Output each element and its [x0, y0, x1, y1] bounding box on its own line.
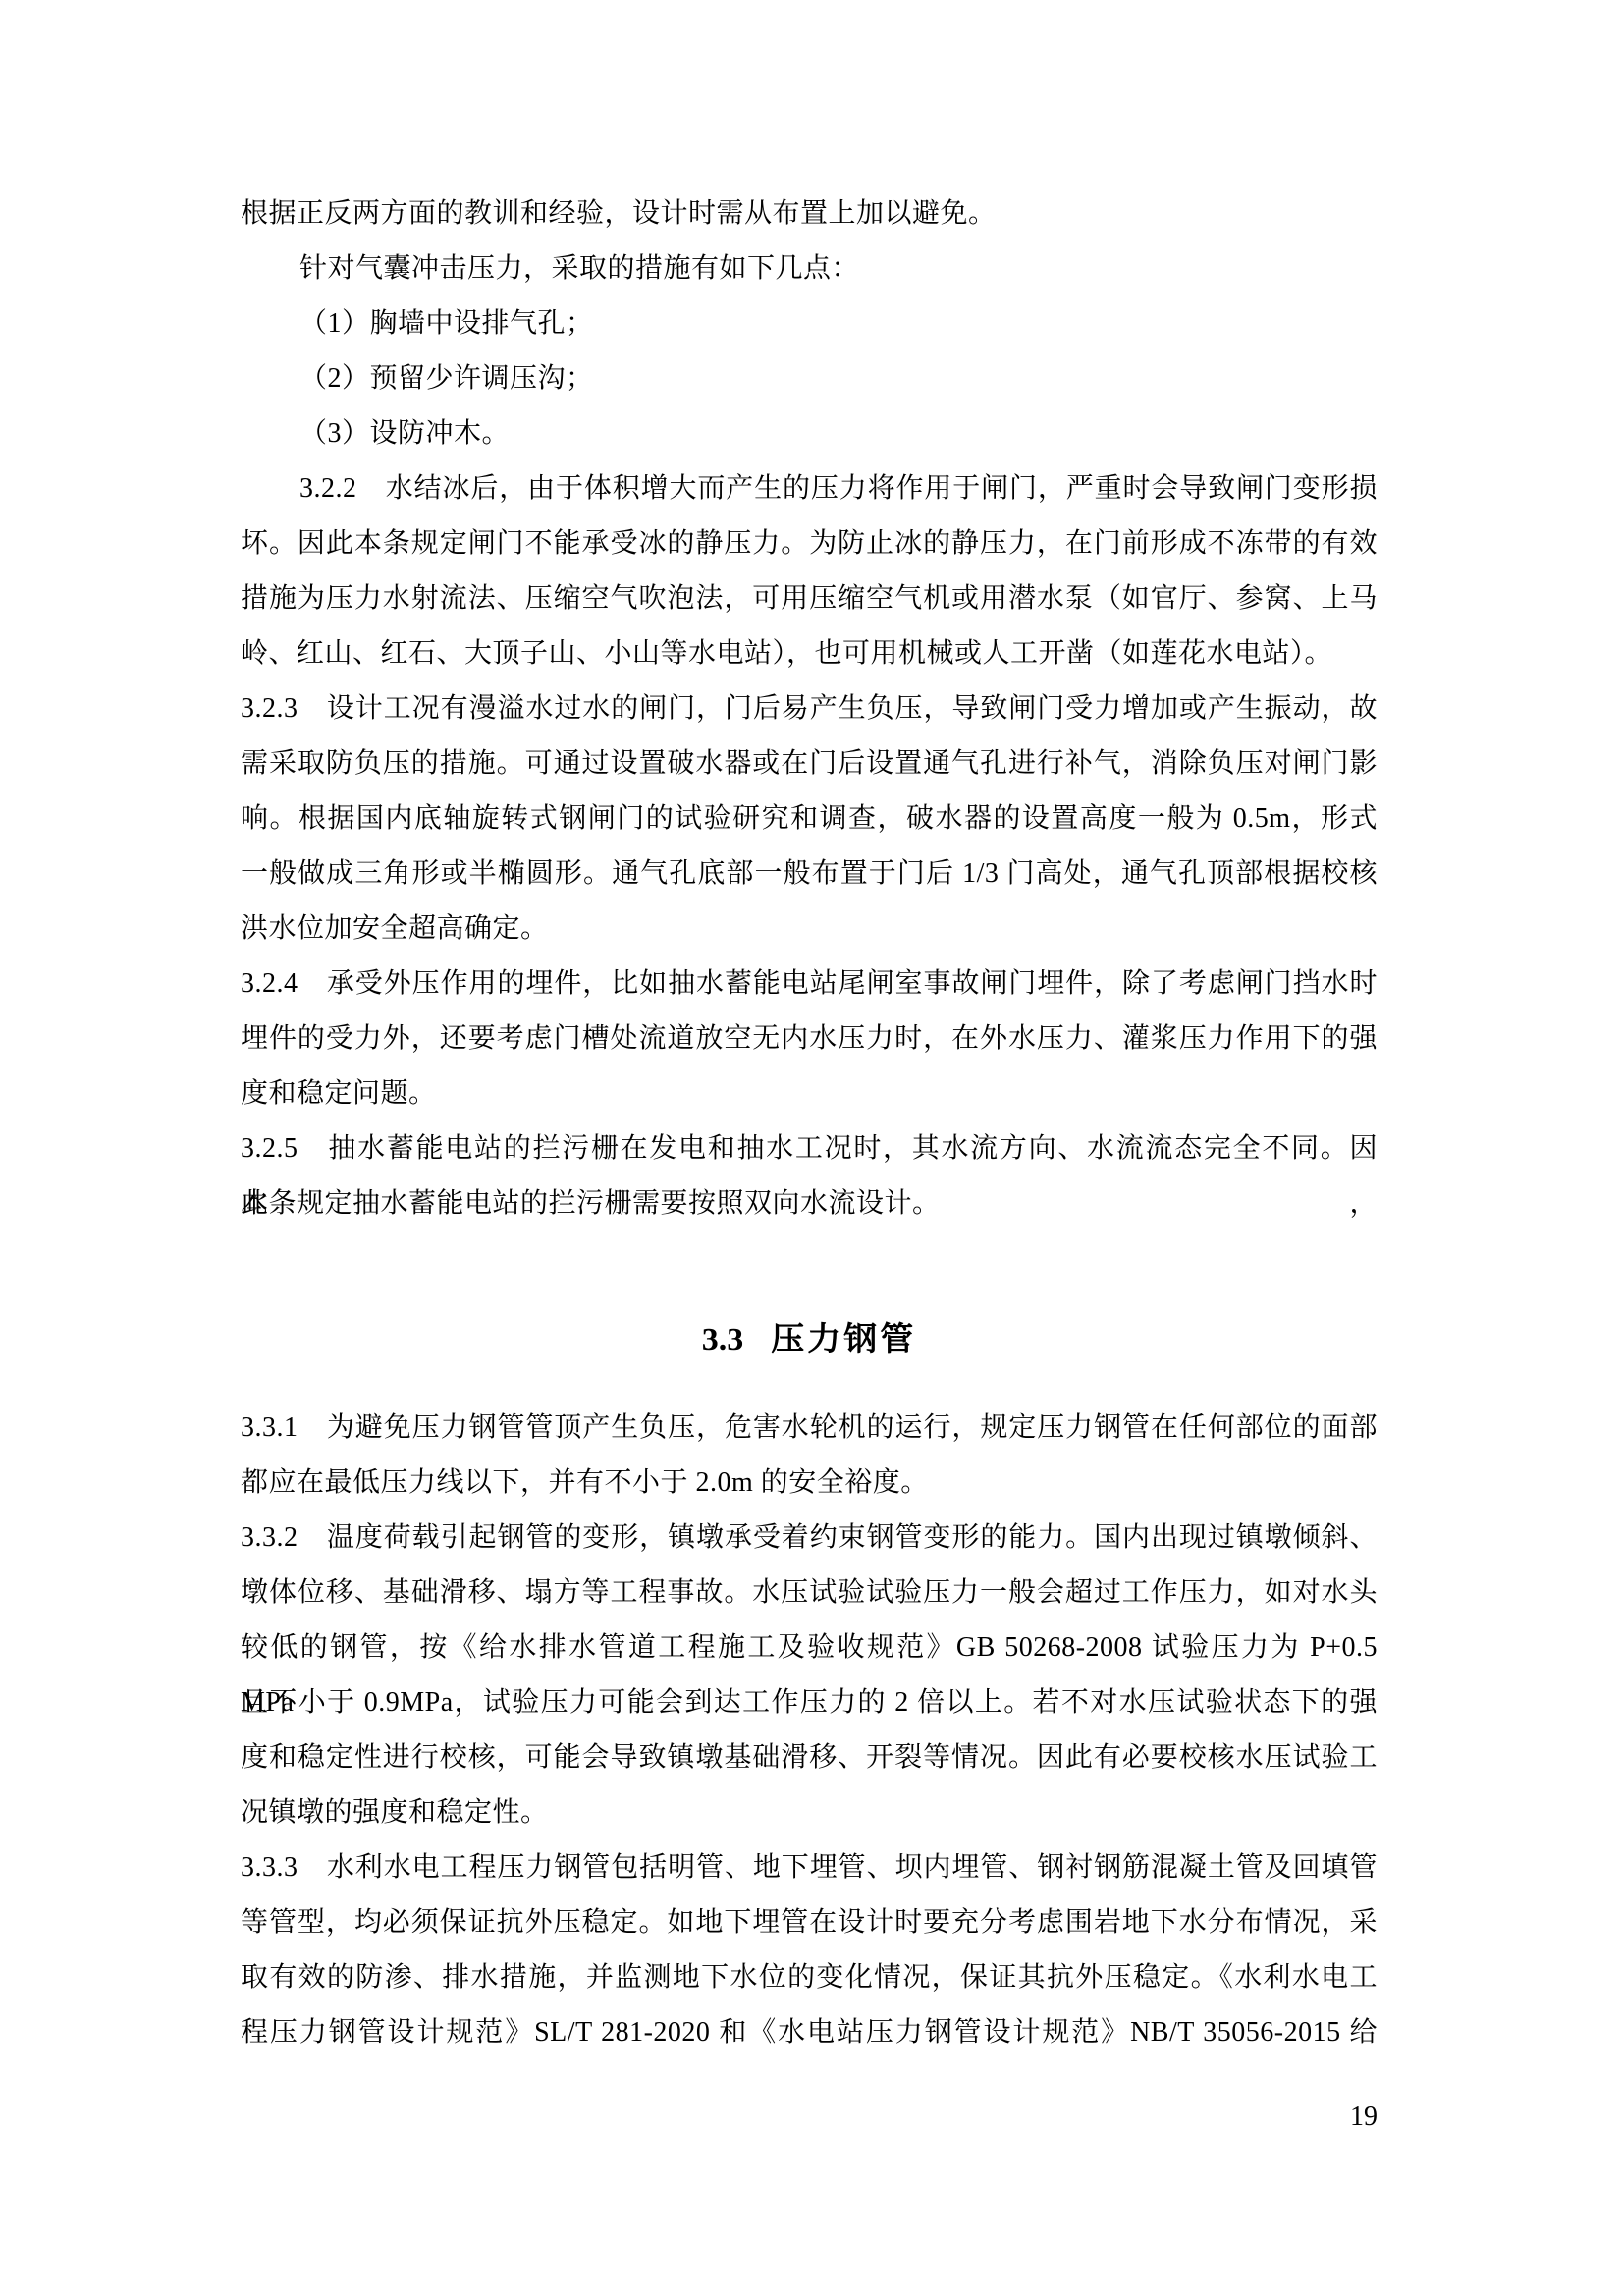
- body-line: 措施为压力水射流法、压缩空气吹泡法，可用压缩空气机或用潜水泵（如官厅、参窝、上马: [241, 572, 1378, 627]
- body-line: 度和稳定性进行校核，可能会导致镇墩基础滑移、开裂等情况。因此有必要校核水压试验工: [241, 1730, 1378, 1785]
- body-line: 较低的钢管，按《给水排水管道工程施工及验收规范》GB 50268-2008 试验…: [241, 1620, 1378, 1675]
- body-line: 况镇墩的强度和稳定性。: [241, 1785, 1378, 1840]
- body-line: 且不小于 0.9MPa，试验压力可能会到达工作压力的 2 倍以上。若不对水压试验…: [241, 1675, 1378, 1730]
- body-line: 需采取防负压的措施。可通过设置破水器或在门后设置通气孔进行补气，消除负压对闸门影: [241, 737, 1378, 792]
- body-line: 一般做成三角形或半椭圆形。通气孔底部一般布置于门后 1/3 门高处，通气孔顶部根…: [241, 847, 1378, 902]
- body-line: 等管型，均必须保证抗外压稳定。如地下埋管在设计时要充分考虑围岩地下水分布情况，采: [241, 1895, 1378, 1950]
- clause-3-3-3-line: 3.3.3 水利水电工程压力钢管包括明管、地下埋管、坝内埋管、钢衬钢筋混凝土管及…: [241, 1840, 1378, 1895]
- body-line: 坏。因此本条规定闸门不能承受冰的静压力。为防止冰的静压力，在门前形成不冻带的有效: [241, 517, 1378, 572]
- body-line: 埋件的受力外，还要考虑门槽处流道放空无内水压力时，在外水压力、灌浆压力作用下的强: [241, 1011, 1378, 1066]
- document-page: 根据正反两方面的教训和经验，设计时需从布置上加以避免。 针对气囊冲击压力，采取的…: [0, 0, 1623, 2296]
- section-number: 3.3: [702, 1322, 744, 1358]
- list-item: （2）预留少许调压沟；: [241, 352, 1378, 407]
- body-line: 度和稳定问题。: [241, 1066, 1378, 1121]
- body-line: 取有效的防渗、排水措施，并监测地下水位的变化情况，保证其抗外压稳定。《水利水电工: [241, 1950, 1378, 2005]
- clause-3-2-4-line: 3.2.4 承受外压作用的埋件，比如抽水蓄能电站尾闸室事故闸门埋件，除了考虑闸门…: [241, 957, 1378, 1011]
- body-line: 洪水位加安全超高确定。: [241, 902, 1378, 957]
- body-line: 程压力钢管设计规范》SL/T 281-2020 和《水电站压力钢管设计规范》NB…: [241, 2005, 1378, 2060]
- page-number: 19: [241, 2100, 1378, 2135]
- list-item: （1）胸墙中设排气孔；: [241, 297, 1378, 352]
- body-line: 针对气囊冲击压力，采取的措施有如下几点：: [241, 242, 1378, 297]
- clause-3-3-2-line: 3.3.2 温度荷载引起钢管的变形，镇墩承受着约束钢管变形的能力。国内出现过镇墩…: [241, 1510, 1378, 1565]
- body-line: 响。根据国内底轴旋转式钢闸门的试验研究和调查，破水器的设置高度一般为 0.5m，…: [241, 792, 1378, 847]
- body-line: 墩体位移、基础滑移、塌方等工程事故。水压试验试验压力一般会超过工作压力，如对水头: [241, 1565, 1378, 1620]
- section-heading: 3.3压力钢管: [241, 1312, 1378, 1367]
- body-line: 根据正反两方面的教训和经验，设计时需从布置上加以避免。: [241, 187, 1378, 242]
- body-line: 都应在最低压力线以下，并有不小于 2.0m 的安全裕度。: [241, 1455, 1378, 1510]
- clause-3-2-5-line: 3.2.5 抽水蓄能电站的拦污栅在发电和抽水工况时，其水流方向、水流流态完全不同…: [241, 1121, 1378, 1176]
- body-line: 岭、红山、红石、大顶子山、小山等水电站），也可用机械或人工开凿（如莲花水电站）。: [241, 627, 1378, 682]
- clause-3-2-2-line: 3.2.2 水结冰后，由于体积增大而产生的压力将作用于闸门，严重时会导致闸门变形…: [241, 462, 1378, 517]
- clause-3-2-3-line: 3.2.3 设计工况有漫溢水过水的闸门，门后易产生负压，导致闸门受力增加或产生振…: [241, 682, 1378, 737]
- clause-3-3-1-line: 3.3.1 为避免压力钢管管顶产生负压，危害水轮机的运行，规定压力钢管在任何部位…: [241, 1400, 1378, 1455]
- body-text: 根据正反两方面的教训和经验，设计时需从布置上加以避免。 针对气囊冲击压力，采取的…: [241, 187, 1378, 2060]
- list-item: （3）设防冲木。: [241, 407, 1378, 462]
- section-title: 压力钢管: [771, 1321, 916, 1358]
